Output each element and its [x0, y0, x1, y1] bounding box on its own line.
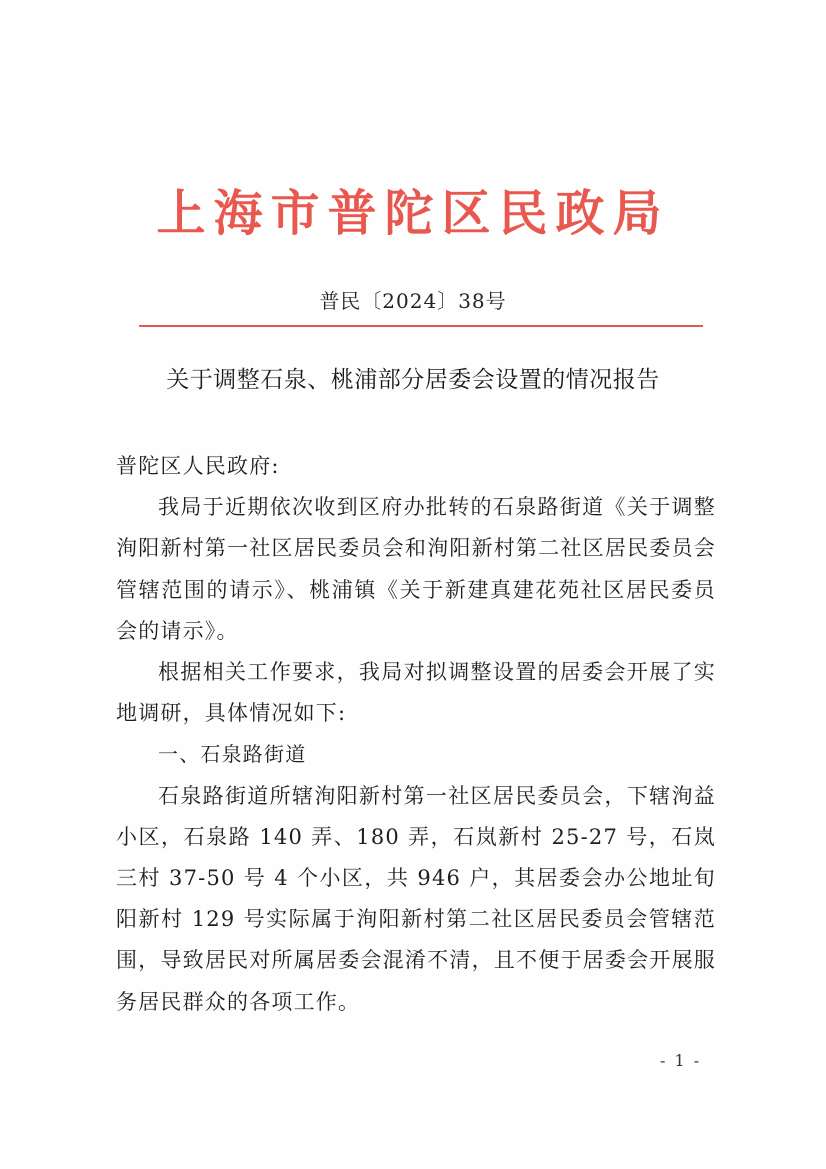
document-title: 关于调整石泉、桃浦部分居委会设置的情况报告 [0, 362, 826, 398]
page-number: - 1 - [660, 1051, 701, 1070]
document-number: 普民〔2024〕38号 [0, 286, 826, 316]
paragraph-research: 根据相关工作要求，我局对拟调整设置的居委会开展了实地调研，具体情况如下: [116, 652, 716, 734]
agency-header: 上海市普陀区民政局 [0, 178, 826, 248]
addressee: 普陀区人民政府: [116, 446, 716, 487]
document-body: 普陀区人民政府: 我局于近期依次收到区府办批转的石泉路街道《关于调整洵阳新村第一… [116, 446, 716, 1023]
red-divider-line [139, 325, 703, 327]
section-heading-shiquan: 一、石泉路街道 [116, 734, 716, 775]
paragraph-shiquan-details: 石泉路街道所辖洵阳新村第一社区居民委员会，下辖洵益小区，石泉路 140 弄、18… [116, 776, 716, 1023]
document-page: 上海市普陀区民政局 普民〔2024〕38号 关于调整石泉、桃浦部分居委会设置的情… [0, 0, 826, 1169]
paragraph-intro: 我局于近期依次收到区府办批转的石泉路街道《关于调整洵阳新村第一社区居民委员会和洵… [116, 487, 716, 652]
